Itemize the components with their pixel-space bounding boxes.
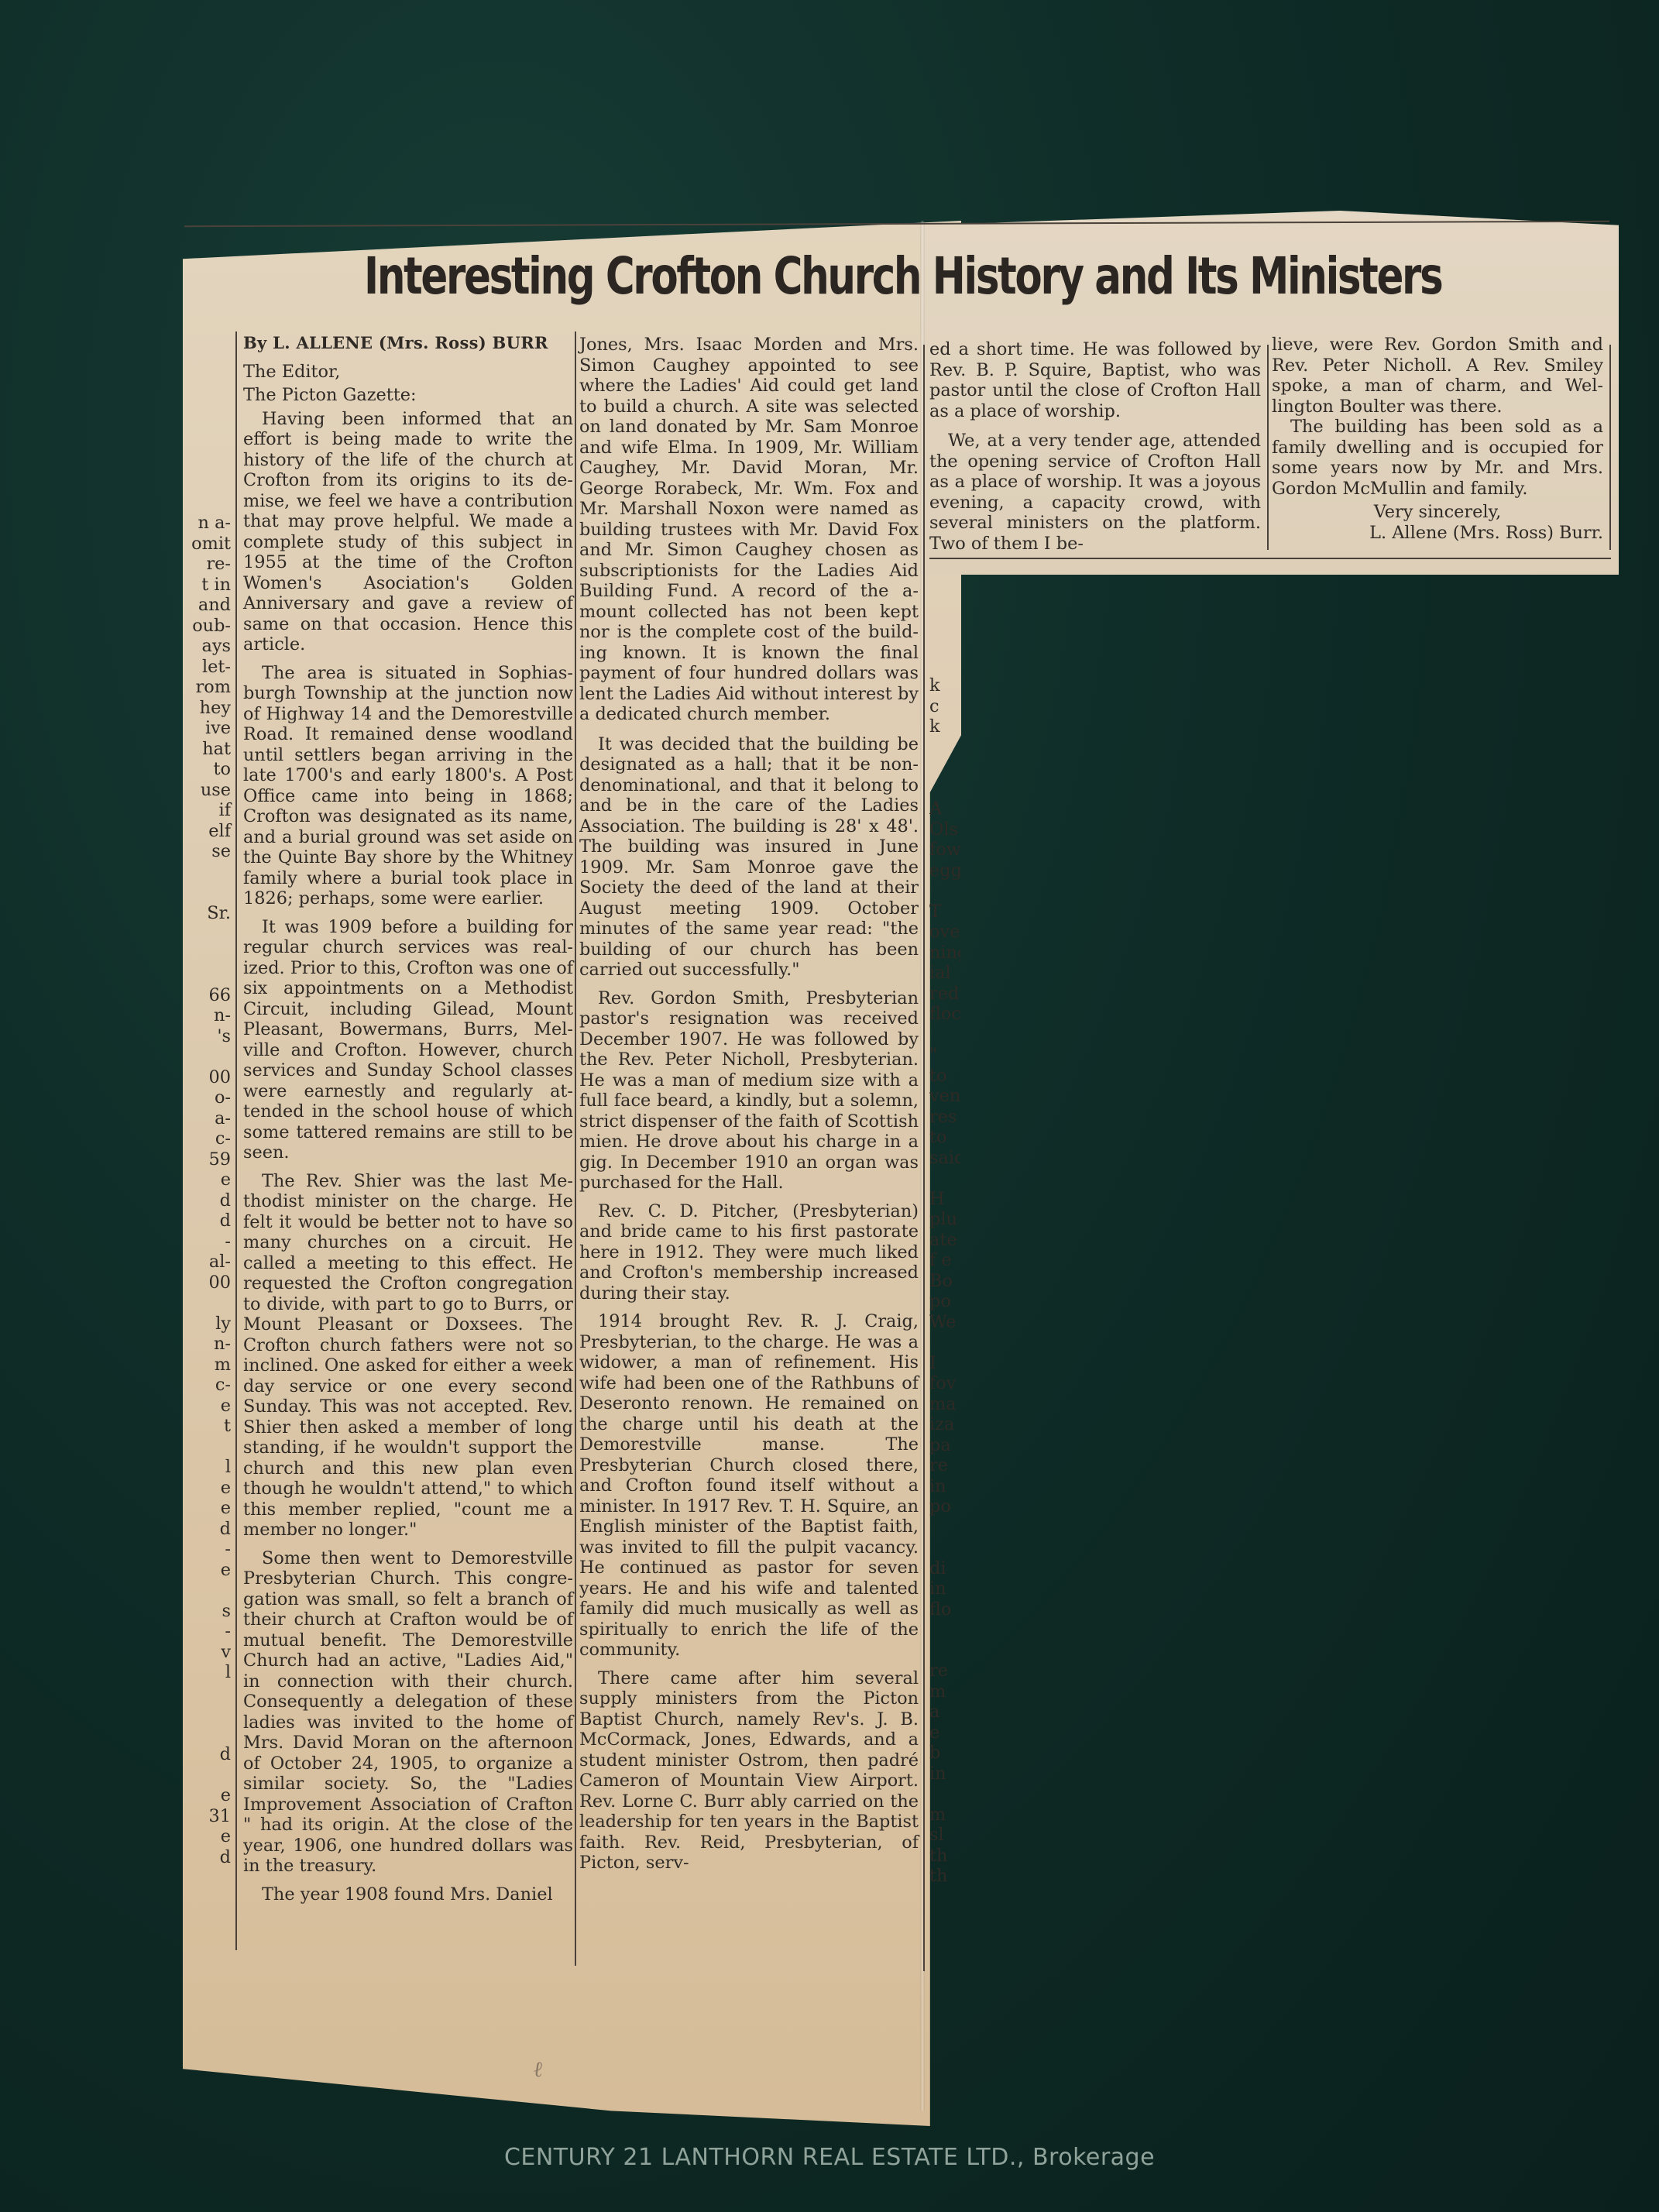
byline: By L. ALLENE (Mrs. Ross) BURR bbox=[243, 333, 573, 354]
column-separator bbox=[1267, 345, 1269, 550]
paragraph: The area is situated in Sophias­burgh To… bbox=[243, 663, 573, 909]
paragraph: It was decided that the building be desi… bbox=[579, 734, 919, 981]
salutation-line-2: The Picton Gazette: bbox=[243, 385, 573, 406]
paragraph: Rev. Gordon Smith, Presbyterian pastor's… bbox=[579, 988, 919, 1194]
paragraph: Rev. C. D. Pitcher, (Presbyter­ian) and … bbox=[579, 1201, 919, 1304]
paragraph: It was 1909 before a building for regula… bbox=[243, 917, 573, 1163]
paragraph: lieve, were Rev. Gordon Smith and Rev. P… bbox=[1272, 335, 1603, 417]
paragraph: Having been informed that an effort is b… bbox=[243, 409, 573, 655]
paragraph: Jones, Mrs. Isaac Morden and Mrs. Simon … bbox=[579, 335, 919, 725]
paragraph: We, at a very tender age, at­tended the … bbox=[929, 431, 1261, 554]
column-separator bbox=[1609, 345, 1611, 550]
paragraph: The Rev. Shier was the last Me­thodist m… bbox=[243, 1171, 573, 1540]
paragraph: 1914 brought Rev. R. J. Craig, Presbyter… bbox=[579, 1311, 919, 1661]
column-separator bbox=[575, 331, 576, 1966]
adjacent-article-fragment-right: k c k A Ols fow egg T ove ning ial redu … bbox=[929, 675, 960, 1887]
adjacent-article-fragment-left: n a- omit re- t in and oub- ays let- rom… bbox=[183, 513, 231, 1867]
article-column-3: ed a short time. He was followed by Rev.… bbox=[929, 339, 1261, 562]
paragraph: ed a short time. He was followed by Rev.… bbox=[929, 339, 1261, 421]
article-column-4: lieve, were Rev. Gordon Smith and Rev. P… bbox=[1272, 335, 1603, 543]
article-column-1: By L. ALLENE (Mrs. Ross) BURR The Editor… bbox=[243, 333, 573, 1912]
salutation-line-1: The Editor, bbox=[243, 362, 573, 383]
column-separator bbox=[923, 345, 925, 1971]
paragraph: There came after him several supply mini… bbox=[579, 1668, 919, 1874]
paragraph: The building has been sold as a family d… bbox=[1272, 417, 1603, 499]
brokerage-watermark: CENTURY 21 LANTHORN REAL ESTATE LTD., Br… bbox=[0, 2144, 1659, 2171]
article-column-2: Jones, Mrs. Isaac Morden and Mrs. Simon … bbox=[579, 335, 919, 1881]
headline: Interesting Crofton Church History and I… bbox=[364, 246, 1240, 306]
signature: L. Allene (Mrs. Ross) Burr. bbox=[1272, 523, 1603, 544]
paragraph: Some then went to Demorestville Presbyte… bbox=[243, 1548, 573, 1877]
column-separator bbox=[235, 331, 237, 1950]
signoff: Very sincerely, bbox=[1272, 502, 1603, 523]
paragraph: The year 1908 found Mrs. Daniel bbox=[243, 1884, 573, 1905]
